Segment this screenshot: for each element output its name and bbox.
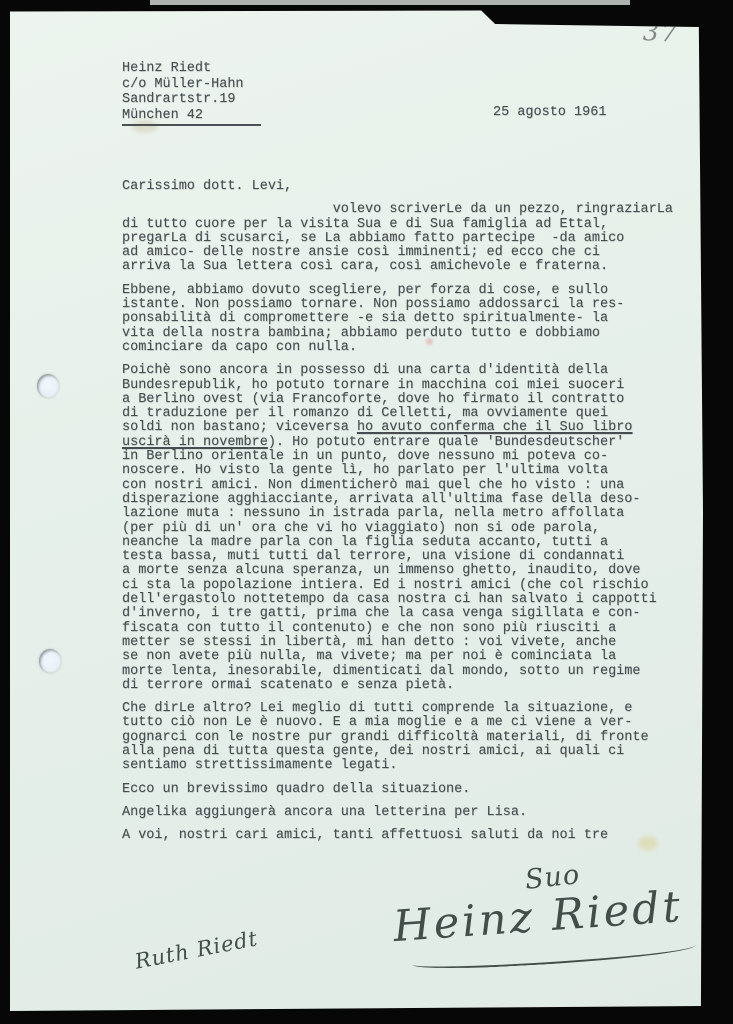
sender-address-block: Heinz Riedt c/o Müller-Hahn Sandrartstr.… (122, 61, 261, 123)
paragraph-reflection: Che dirLe altro? Lei meglio di tutti com… (122, 702, 687, 773)
backing-sheet-edge (150, 0, 630, 5)
signature-ruth-riedt: Ruth Riedt (133, 926, 260, 973)
date-line: 25 agosto 1961 (493, 105, 606, 120)
salutation: Carissimo dott. Levi, (122, 180, 687, 194)
letter-body: Carissimo dott. Levi, volevo scriverLe d… (122, 180, 687, 852)
scan-background: 37 Heinz Riedt c/o Müller-Hahn Sandrarts… (0, 0, 733, 1024)
underlined-november: uscirà in novembre (122, 435, 268, 450)
paragraph-berlin: Poichè sono ancora in possesso di una ca… (122, 364, 687, 693)
paragraph-opening: volevo scriverLe da un pezzo, ringraziar… (122, 203, 687, 274)
underlined-book-confirmation: ho avuto conferma che il Suo libro (357, 420, 632, 435)
sender-careof: c/o Müller-Hahn (122, 77, 261, 93)
paragraph-decision: Ebbene, abbiamo dovuto scegliere, per fo… (122, 284, 687, 355)
paragraph-angelika: Angelika aggiungerà ancora una letterina… (122, 806, 687, 820)
punch-hole-top (37, 374, 59, 398)
punch-hole-bottom (39, 649, 61, 673)
page-number-annotation: 37 (642, 17, 679, 48)
sender-city: München 42 (122, 108, 261, 126)
paragraph-farewell: A voi, nostri cari amici, tanti affettuo… (122, 829, 687, 843)
paragraph-berlin-text-cont: ). Ho potuto entrare quale 'Bundesdeutsc… (122, 435, 657, 693)
paragraph-summary: Ecco un brevissimo quadro della situazio… (122, 783, 687, 797)
sender-street: Sandrartstr.19 (122, 92, 261, 108)
sender-name: Heinz Riedt (122, 61, 261, 77)
sender-city-line: München 42 (122, 108, 261, 124)
letter-page: 37 Heinz Riedt c/o Müller-Hahn Sandrarts… (10, 10, 703, 1012)
